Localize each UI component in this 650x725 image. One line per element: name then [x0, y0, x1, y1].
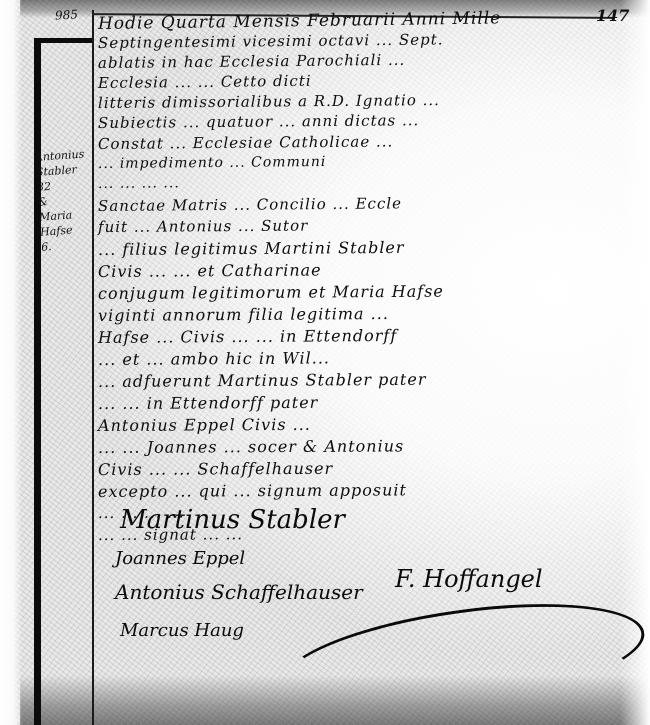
text-line: excepto ... qui ... signum apposuit [98, 480, 407, 501]
signature: Antonius Schaffelhauser [115, 580, 363, 604]
text-line: conjugum legitimorum et Maria Hafse [98, 282, 444, 303]
margin-thin-rule [92, 10, 94, 725]
text-line: ... ... Joannes ... socer & Antonius [98, 436, 404, 457]
text-line: Civis ... ... et Catharinae [98, 260, 322, 281]
margin-note: Antonius Stabler 32 & Maria Hafse 6. [34, 146, 93, 254]
text-line: ... ... ... ... [98, 175, 180, 192]
text-line: ... ... in Ettendorff pater [98, 393, 318, 413]
text-line: viginti annorum filia legitima ... [98, 304, 389, 325]
margin-thick-rule [34, 40, 41, 725]
signature: Marcus Haug [120, 620, 244, 641]
signature: Joannes Eppel [115, 548, 245, 569]
text-line: ... et ... ambo hic in Wil... [98, 348, 330, 369]
text-line: ... adfuerunt Martinus Stabler pater [98, 370, 427, 391]
text-line: Sanctae Matris ... Concilio ... Eccle [98, 194, 402, 215]
text-line: litteris dimissorialibus a R.D. Ignatio … [98, 91, 440, 112]
corner-number: 985 [55, 7, 79, 22]
manuscript-page: 985 147 Antonius Stabler 32 & Maria Hafs… [0, 0, 650, 725]
text-line: Antonius Eppel Civis ... [98, 415, 311, 435]
text-line: Constat ... Ecclesiae Catholicae ... [98, 132, 393, 153]
text-line: ... impedimento ... Communi [98, 154, 326, 172]
text-line: ... filius legitimus Martini Stabler [98, 238, 405, 259]
scan-left-edge [0, 0, 22, 725]
margin-box-top-rule [34, 38, 92, 43]
margin-note-line: 6. [41, 236, 94, 255]
text-line: Ecclesia ... ... Cetto dicti [98, 72, 312, 92]
text-line: Hafse ... Civis ... ... in Ettendorff [98, 326, 397, 347]
text-line: Subiectis ... quatuor ... anni dictas ..… [98, 111, 419, 132]
text-line: Civis ... ... Schaffelhauser [98, 459, 333, 479]
signature: Martinus Stabler [120, 505, 345, 535]
signature: F. Hoffangel [395, 565, 543, 593]
text-line: ablatis in hac Ecclesia Parochiali ... [98, 51, 405, 72]
text-line: fuit ... Antonius ... Sutor [98, 217, 308, 236]
text-line: Septingentesimi vicesimi octavi ... Sept… [98, 30, 444, 52]
page-number: 147 [596, 6, 629, 25]
